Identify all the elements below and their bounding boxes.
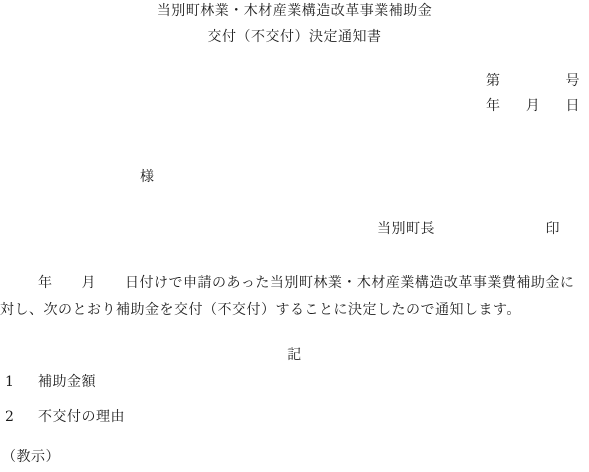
footer-note: （教示） <box>2 449 60 465</box>
date-month-label: 月 <box>526 98 541 114</box>
document-title-line1: 当別町林業・木材産業構造改革事業補助金 <box>0 3 589 19</box>
list-item-label: 不交付の理由 <box>38 409 125 425</box>
record-marker: 記 <box>0 347 589 363</box>
date-year-label: 年 <box>486 98 501 114</box>
document-date-line: 年 月 日 <box>486 98 580 114</box>
list-item-nongrant-reason: 2 不交付の理由 <box>5 409 585 425</box>
sender-name: 当別町長 <box>377 221 435 237</box>
addressee-honorific: 様 <box>140 169 155 185</box>
list-item-subsidy-amount: 1 補助金額 <box>5 374 585 390</box>
document-number-prefix: 第 <box>486 73 501 89</box>
sender-line: 当別町長 印 <box>377 221 560 237</box>
list-item-label: 補助金額 <box>38 374 96 390</box>
date-day-label: 日 <box>566 98 581 114</box>
list-item-number: 1 <box>5 374 38 390</box>
document-number-line: 第 号 <box>486 73 580 89</box>
document-number-suffix: 号 <box>566 73 581 89</box>
body-paragraph-line1: 年 月 日付けで申請のあった当別町林業・木材産業構造改革事業費補助金に <box>0 275 589 291</box>
list-item-number: 2 <box>5 409 38 425</box>
body-paragraph-line2: 対し、次のとおり補助金を交付（不交付）することに決定したので通知します。 <box>0 302 589 318</box>
seal-placeholder: 印 <box>546 221 561 237</box>
document-page: 当別町林業・木材産業構造改革事業補助金 交付（不交付）決定通知書 第 号 年 月… <box>0 0 589 472</box>
document-title-line2: 交付（不交付）決定通知書 <box>0 29 589 45</box>
